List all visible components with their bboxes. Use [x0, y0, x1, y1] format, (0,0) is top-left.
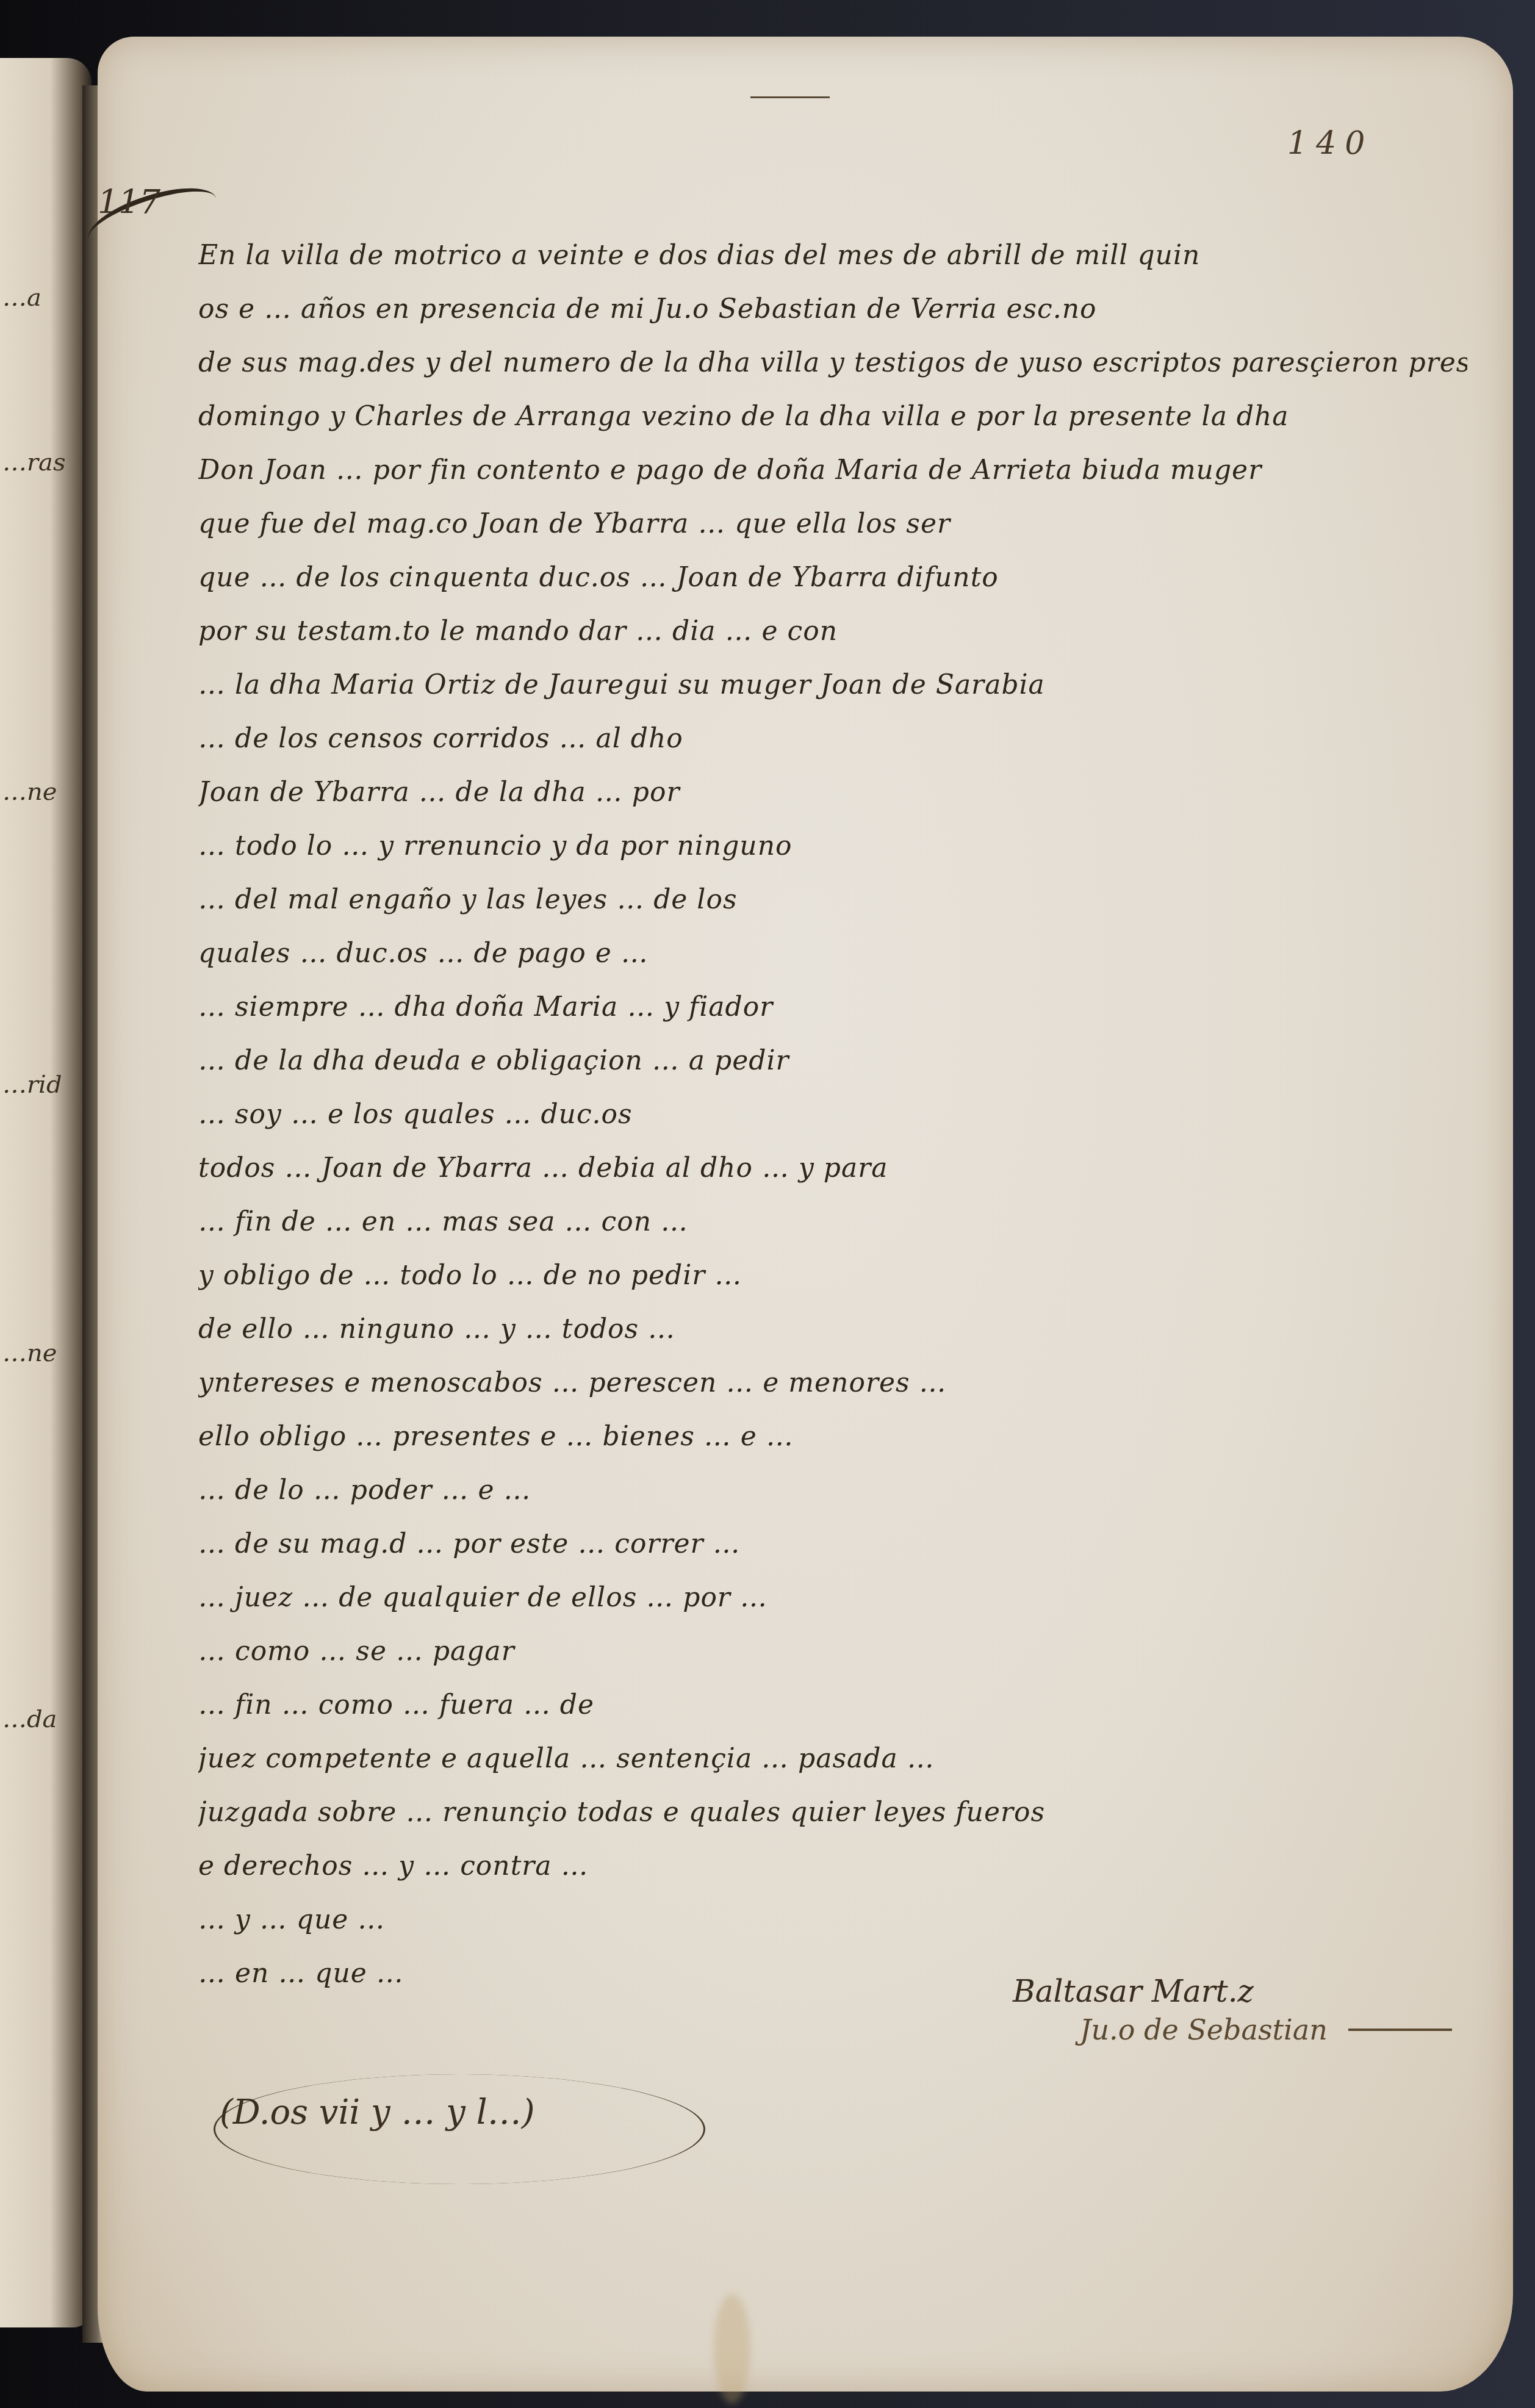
text-line: … todo lo … y rrenuncio y da por ninguno	[198, 819, 1467, 873]
signature-baltasar: Baltasar Mart.z	[1013, 1974, 1254, 2009]
text-line: … juez … de qualquier de ellos … por …	[198, 1571, 1467, 1625]
facing-page-text: …a	[2, 284, 70, 312]
text-line: … de los censos corridos … al dho	[198, 712, 1467, 766]
text-line: … de su mag.d … por este … correr …	[198, 1517, 1467, 1571]
facing-page-edge: …a …ras …ne …rid …ne …da	[0, 58, 92, 2327]
text-line: de sus mag.des y del numero de la dha vi…	[198, 336, 1467, 390]
text-line: e derechos … y … contra …	[198, 1839, 1467, 1893]
text-line: … fin … como … fuera … de	[198, 1678, 1467, 1732]
facing-page-text: …da	[2, 1705, 70, 1733]
text-line: y obligo de … todo lo … de no pedir …	[198, 1249, 1467, 1303]
text-line: … del mal engaño y las leyes … de los	[198, 873, 1467, 927]
text-line: juez competente e aquella … sentençia … …	[198, 1732, 1467, 1786]
text-line: domingo y Charles de Arranga vezino de l…	[198, 390, 1467, 444]
text-line: … la dha Maria Ortiz de Jauregui su muge…	[198, 658, 1467, 712]
text-line: … siempre … dha doña Maria … y fiador	[198, 980, 1467, 1034]
text-line: Don Joan … por fin contento e pago de do…	[198, 444, 1467, 497]
margin-note: 117	[98, 183, 160, 221]
signature-notary: Ju.o de Sebastian	[1080, 2013, 1328, 2046]
text-line: os e … años en presencia de mi Ju.o Seba…	[198, 282, 1467, 336]
facing-page-text: …ne	[2, 778, 70, 806]
text-line: quales … duc.os … de pago e …	[198, 927, 1467, 980]
text-line: juzgada sobre … renunçio todas e quales …	[198, 1786, 1467, 1839]
text-line: … fin de … en … mas sea … con …	[198, 1195, 1467, 1249]
manuscript-text: En la villa de motrico a veinte e dos di…	[198, 229, 1467, 2000]
facing-page-text: …rid	[2, 1071, 70, 1099]
text-line: … soy … e los quales … duc.os	[198, 1088, 1467, 1141]
text-line: … como … se … pagar	[198, 1625, 1467, 1678]
text-line: … de lo … poder … e …	[198, 1464, 1467, 1517]
text-line: todos … Joan de Ybarra … debia al dho … …	[198, 1141, 1467, 1195]
text-line: ello obligo … presentes e … bienes … e …	[198, 1410, 1467, 1464]
text-line: … de la dha deuda e obligaçion … a pedir	[198, 1034, 1467, 1088]
text-line: por su testam.to le mando dar … dia … e …	[198, 605, 1467, 658]
text-line: que … de los cinquenta duc.os … Joan de …	[198, 551, 1467, 605]
signature-flourish	[1348, 2029, 1452, 2031]
fee-note: (D.os vii y … y l…)	[220, 2093, 535, 2132]
text-line: de ello … ninguno … y … todos …	[198, 1303, 1467, 1356]
text-line: Joan de Ybarra … de la dha … por	[198, 766, 1467, 819]
text-line: … y … que …	[198, 1893, 1467, 1947]
text-line: yntereses e menoscabos … perescen … e me…	[198, 1356, 1467, 1410]
facing-page-text: …ras	[2, 448, 70, 476]
facing-page-text: …ne	[2, 1339, 70, 1367]
text-line: En la villa de motrico a veinte e dos di…	[198, 229, 1467, 282]
text-line: que fue del mag.co Joan de Ybarra … que …	[198, 497, 1467, 551]
paper-stain	[714, 2294, 750, 2404]
text-line: … en … que …	[198, 1947, 1467, 2000]
folio-number: 140	[1287, 125, 1373, 162]
top-mark	[750, 96, 830, 98]
